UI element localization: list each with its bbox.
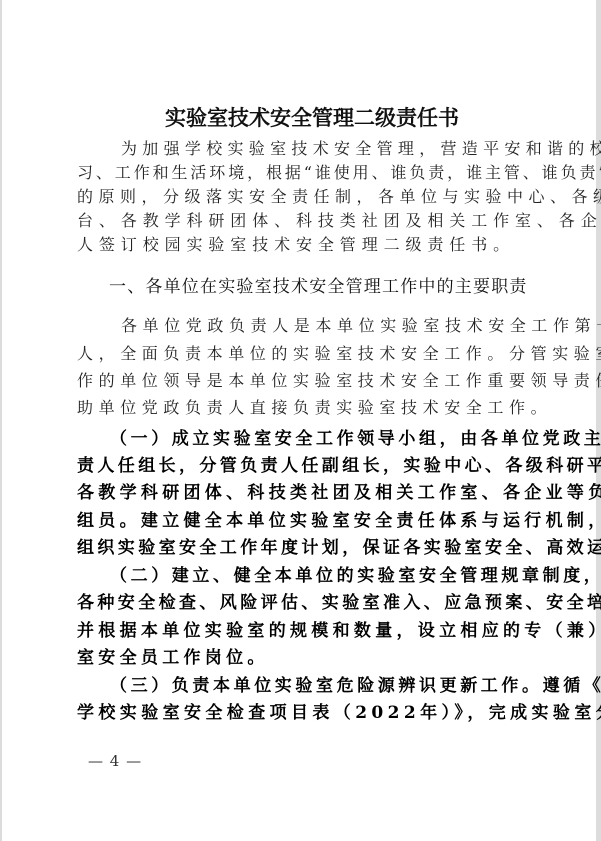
item-3-line: （三）负责本单位实验室危险源辨识更新工作。遵循《高等 [110, 678, 601, 695]
item-1-line: 组员。建立健全本单位实验室安全责任体系与运行机制，制定并 [77, 513, 601, 530]
section-paragraph-line: 作的单位领导是本单位实验室技术安全工作重要领导责任人，协 [77, 373, 601, 389]
item-1-line: 组织实验室安全工作年度计划，保证各实验室安全、高效运行。 [77, 540, 601, 557]
item-1-line: （一）成立实验室安全工作领导小组，由各单位党政主要负 [110, 431, 601, 448]
item-3-line: 学校实验室安全检查项目表（2022年）》，完成实验室分类分级 [77, 705, 601, 722]
item-1-line: 责人任组长，分管负责人任副组长，实验中心、各级科研平台、 [77, 458, 601, 475]
section-heading: 一、各单位在实验室技术安全管理工作中的主要职责 [109, 279, 528, 296]
item-2-line: 各种安全检查、风险评估、实验室准入、应急预案、安全培训等， [77, 595, 601, 612]
section-paragraph-line: 人，全面负责本单位的实验室技术安全工作。分管实验室安全工 [77, 346, 601, 362]
item-1-line: 各教学科研团体、科技类社团及相关工作室、各企业等负责人为 [77, 485, 601, 502]
intro-line: 台、各教学科研团体、科技类社团及相关工作室、各企业等负责 [77, 213, 601, 229]
item-2-line: （二）建立、健全本单位的实验室安全管理规章制度，包括 [110, 568, 601, 585]
document-title: 实验室技术安全管理二级责任书 [165, 107, 459, 128]
document-page: 实验室技术安全管理二级责任书 为加强学校实验室技术安全管理，营造平安和谐的校园学… [2, 0, 596, 841]
item-2-line: 并根据本单位实验室的规模和数量，设立相应的专（兼）职实验 [77, 623, 601, 640]
item-2-line: 室安全员工作岗位。 [77, 650, 269, 667]
section-paragraph-line: 助单位党政负责人直接负责实验室技术安全工作。 [77, 400, 552, 416]
intro-line: 的原则，分级落实安全责任制，各单位与实验中心、各级科研平 [77, 189, 601, 205]
intro-line: 人签订校园实验室技术安全管理二级责任书。 [77, 237, 515, 253]
section-paragraph-line: 各单位党政负责人是本单位实验室技术安全工作第一责任 [121, 318, 601, 334]
intro-line: 习、工作和生活环境，根据“谁使用、谁负责，谁主管、谁负责” [77, 165, 601, 181]
page-number: — 4 — [88, 754, 142, 769]
intro-line: 为加强学校实验室技术安全管理，营造平安和谐的校园学 [121, 141, 601, 157]
